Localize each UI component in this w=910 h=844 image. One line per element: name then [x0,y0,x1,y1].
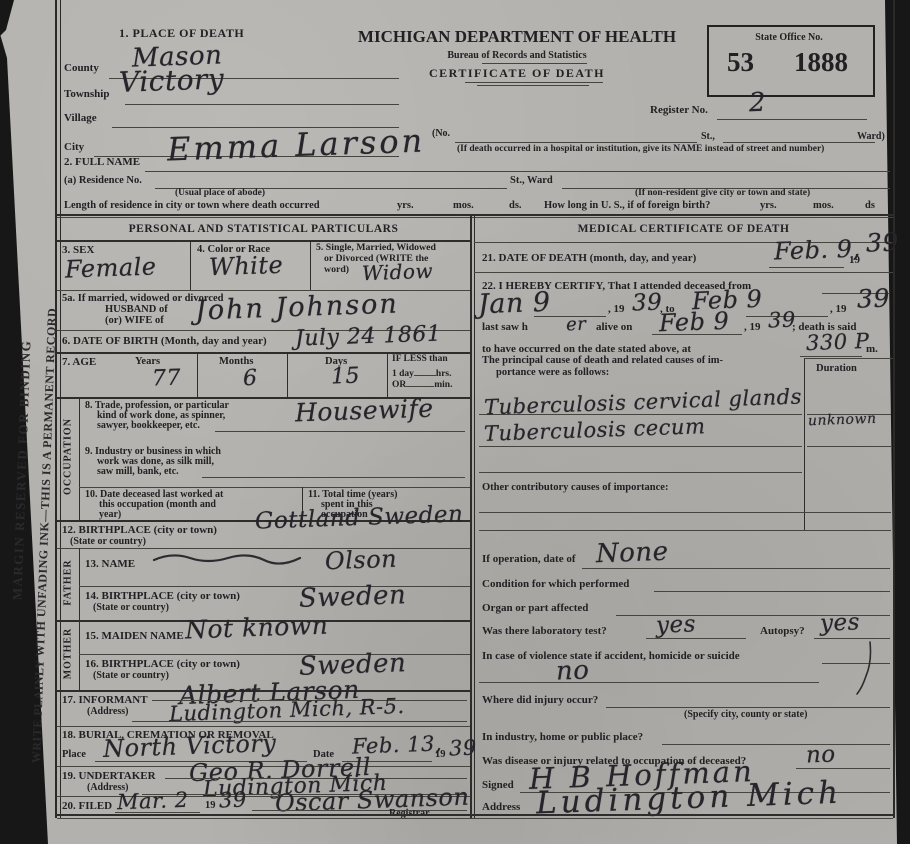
maiden-name-value: Not known [185,611,329,645]
birthplace-value: Gottland Sweden [255,501,464,534]
date-of-death-value: Feb. 9, [774,234,861,265]
duration-header: Duration [816,363,857,374]
operation-value: None [595,537,669,570]
cell-border [79,397,80,520]
injury-specify-note: (Specify city, county or state) [684,709,807,720]
dob-value: July 24 1861 [295,321,442,351]
cause-line [479,512,891,513]
lastsaw-year-pre: , 19 [744,321,761,333]
burial-year-pre: 19 [435,749,446,760]
full-name-label: 2. FULL NAME [64,156,140,168]
place-of-death-title: 1. PLACE OF DEATH [119,26,244,41]
field-line [800,356,862,357]
age-years-value: 77 [152,366,182,392]
burial-year-value: 39 [449,736,478,761]
column-divider [470,214,472,818]
filed-year-pre: 19 [205,800,216,811]
field-line [796,768,890,769]
cell-border [79,620,80,690]
field-line [125,104,399,105]
marital-value: Widow [362,259,434,285]
cell-border [197,352,198,397]
trade-value: Housewife [295,394,434,428]
spouse-label: HUSBAND of [105,304,168,315]
lastsaw-her: er [566,314,587,336]
cell-border [387,352,388,397]
row-line [79,586,470,587]
dob-label: 6. DATE OF BIRTH (Month, day and year) [62,335,267,347]
row-line [79,654,470,655]
cell-border [79,548,80,620]
field-line [769,267,844,268]
city-label: City [64,141,84,153]
burial-place-label: Place [62,749,86,760]
mother-side-label: MOTHER [63,624,74,684]
sex-value: Female [65,252,157,283]
marital-label: word) [324,264,349,275]
field-line [606,707,890,708]
cause-of-death-2: Tuberculosis cecum [484,414,706,446]
registrar-signature: Oscar Swanson [275,783,470,818]
lastsaw-label: last saw h [482,321,528,333]
death-certificate-form: 1. PLACE OF DEATH County Mason Township … [55,0,895,818]
occurred-m-label: m. [866,343,878,355]
cause-line [479,530,891,531]
personal-section-title: PERSONAL AND STATISTICAL PARTICULARS [57,223,470,235]
filed-label: 20. FILED [62,800,112,812]
ditto-mark [152,552,302,566]
ifless-label: IF LESS than [392,354,448,364]
autopsy-value: yes [820,609,861,636]
spouse-label: (or) WIFE of [105,315,164,326]
age-label: 7. AGE [62,356,96,368]
township-value: Victory [118,62,224,99]
residence-label: (a) Residence No. [64,175,142,186]
principal-cause-label: portance were as follows: [496,367,609,378]
lab-test-label: Was there laboratory test? [482,625,607,637]
date-of-death-label: 21. DATE OF DEATH (month, day, and year) [482,252,696,264]
field-line [202,477,465,478]
field-line [646,638,746,639]
full-name-value: Emma Larson [166,122,425,169]
age-months-value: 6 [243,366,258,391]
color-race-value: White [209,251,284,282]
cause-line [479,446,802,447]
duration-box-border [804,358,893,359]
row-line [57,290,470,291]
birthplace-sub: (State or country) [70,536,146,547]
cell-border [310,240,311,290]
violence-label: In case of violence state if accident, h… [482,650,740,662]
street-no-label: (No. [432,128,450,139]
mother-birthplace-sub: (State or country) [93,670,169,681]
principal-cause-label: The principal cause of death and related… [482,355,723,366]
cell-border [190,240,191,290]
field-line [652,334,742,335]
row-line [79,487,470,488]
occurred-label: to have occurred on the date stated abov… [482,343,691,355]
to-year-pre: , 19 [830,303,847,315]
medical-section-title: MEDICAL CERTIFICATE OF DEATH [474,223,893,235]
to-year-value: 39 [857,283,891,313]
mother-birthplace-label: 16. BIRTHPLACE (city or town) [85,658,240,670]
village-label: Village [64,112,97,124]
county-label: County [64,62,99,74]
organ-label: Organ or part affected [482,602,588,614]
father-birthplace-label: 14. BIRTHPLACE (city or town) [85,590,240,602]
undertaker-label: 19. UNDERTAKER [62,770,156,782]
father-birthplace-sub: (State or country) [93,602,169,613]
field-line [814,638,890,639]
disease-occupation-value: no [806,741,837,768]
occurred-time-value: 330 P [806,329,870,355]
operation-label: If operation, date of [482,553,576,565]
pen-stroke [856,640,874,696]
father-name-label: 13. NAME [85,558,135,570]
ifless-label: ORmin. [392,376,452,390]
father-name-value: Olson [325,545,398,575]
trade-label: sawyer, bookkeeper, etc. [97,420,200,431]
field-line [132,721,467,722]
dod-year-value: 39 [866,227,900,257]
abode-note: (Usual place of abode) [175,188,265,198]
birthplace-label: 12. BIRTHPLACE (city or town) [62,524,217,536]
field-line [215,431,465,432]
field-line [654,591,890,592]
cause-line [479,472,802,473]
lab-test-value: yes [656,611,697,638]
injury-location-label: Where did injury occur? [482,694,598,706]
lastsaw-value: Feb 9 [659,307,730,337]
industry-home-label: In industry, home or public place? [482,731,643,743]
father-birthplace-value: Sweden [299,580,407,614]
cell-border [287,352,288,397]
dod-year-pre: 19 [849,254,860,266]
filed-year-value: 39 [219,788,248,813]
autopsy-label: Autopsy? [760,625,805,637]
field-line [252,810,467,811]
scanned-death-certificate: MARGIN RESERVED FOR BINDING WRITE PLAINL… [0,0,910,844]
form-bottom-border [57,818,893,819]
informant-label: 17. INFORMANT [62,694,148,706]
lastsaw-label: alive on [596,321,632,333]
township-label: Township [64,88,109,100]
form-bottom-border [57,814,893,816]
yrs-label: yrs. [397,200,414,211]
other-causes-label: Other contributory causes of importance: [482,482,668,493]
age-days-value: 15 [331,364,361,390]
informant-sub: (Address) [87,706,128,717]
condition-label: Condition for which performed [482,578,629,590]
row-line [474,272,893,273]
industry-label: saw mill, bank, etc. [97,466,179,477]
field-line [479,682,819,683]
scan-edge-corner [0,0,16,36]
row-line [57,548,470,549]
filed-date-value: Mar. 2 [117,788,189,814]
father-side-label: FATHER [63,553,74,613]
last-worked-label: year) [99,509,121,520]
from-year-pre: , 19 [608,303,625,315]
medical-column: MEDICAL CERTIFICATE OF DEATH 21. DATE OF… [474,0,893,818]
row-line [57,726,470,727]
signed-label: Signed [482,779,514,791]
length-residence-label: Length of residence in city or town wher… [64,200,320,211]
duration-value: unknown [808,411,877,429]
maiden-name-label: 15. MAIDEN NAME [85,630,184,642]
field-line [582,568,890,569]
marital-label: 5. Single, Married, Widowed [316,242,436,253]
spouse-value: John Johnson [195,288,400,326]
cause-line [807,446,891,447]
field-line [115,812,200,813]
occupation-side-label: OCCUPATION [63,417,74,497]
duration-box-border [804,358,805,530]
mos-label: mos. [453,200,474,211]
physician-address-label: Address [482,801,520,813]
field-line [662,744,890,745]
